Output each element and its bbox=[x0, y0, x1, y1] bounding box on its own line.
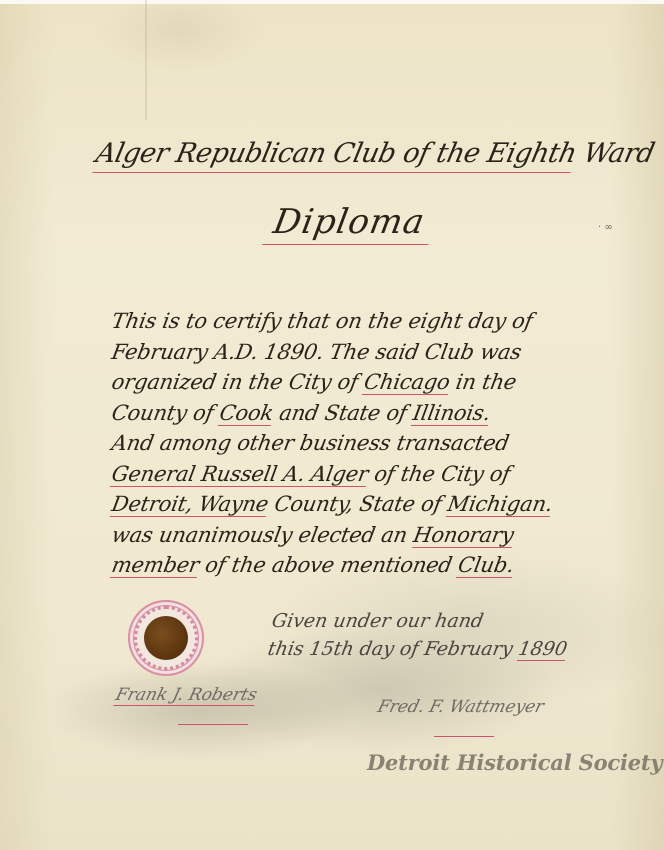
body-line: member of the above mentioned Club. bbox=[109, 550, 554, 581]
underlined-term: Chicago bbox=[362, 370, 452, 395]
underlined-term: Honorary bbox=[411, 523, 515, 548]
watermark-text: Detroit Historical Society bbox=[367, 750, 662, 775]
body-line: February A.D. 1890. The said Club was bbox=[109, 337, 554, 368]
body-text-segment: And among other business transacted bbox=[110, 431, 511, 455]
body-line: Detroit, Wayne County, State of Michigan… bbox=[109, 489, 554, 520]
diploma-heading: Diploma bbox=[262, 202, 436, 245]
body-line: And among other business transacted bbox=[109, 428, 554, 459]
underlined-term: Detroit, Wayne bbox=[110, 492, 271, 517]
body-text-segment: County, State of bbox=[266, 492, 450, 516]
body-text-segment: in the bbox=[448, 370, 519, 394]
body-line: organized in the City of Chicago in the bbox=[109, 367, 554, 398]
body-text-segment: February A.D. 1890. The said Club was bbox=[110, 340, 523, 364]
signature-secretary: Fred. F. Wattmeyer bbox=[376, 697, 546, 717]
body-text-segment: County of bbox=[110, 401, 222, 425]
given-year: 1890 bbox=[517, 638, 569, 661]
paper-top-edge bbox=[0, 0, 664, 4]
body-line: General Russell A. Alger of the City of bbox=[109, 459, 554, 490]
seal-wax-icon bbox=[144, 616, 188, 660]
body-text-segment: and State of bbox=[271, 401, 415, 425]
underlined-term: Illinois. bbox=[411, 401, 492, 426]
signature-president: Frank J. Roberts bbox=[114, 685, 260, 705]
margin-mark: ‧ ∞ bbox=[598, 222, 613, 233]
underlined-term: member bbox=[110, 553, 201, 578]
underlined-term: Club. bbox=[456, 553, 516, 578]
club-title: Alger Republican Club of the Eighth Ward bbox=[92, 138, 577, 173]
underlined-term: Michigan. bbox=[446, 492, 555, 517]
body-line: This is to certify that on the eight day… bbox=[109, 306, 554, 337]
signature-right-title: Secretary bbox=[434, 720, 494, 737]
body-line: County of Cook and State of Illinois. bbox=[109, 398, 554, 429]
underlined-term: General Russell A. Alger bbox=[110, 462, 370, 487]
underlined-term: Cook bbox=[218, 401, 276, 426]
seal-icon bbox=[128, 600, 204, 676]
body-line: was unanimously elected an Honorary bbox=[109, 520, 554, 551]
signature-left-title: President bbox=[178, 708, 248, 725]
given-line-2: this 15th day of February 1890 bbox=[266, 638, 569, 660]
certificate-body: This is to certify that on the eight day… bbox=[112, 306, 552, 581]
body-text-segment: organized in the City of bbox=[110, 370, 367, 394]
body-text-segment: was unanimously elected an bbox=[110, 523, 416, 547]
body-text-segment: This is to certify that on the eight day… bbox=[110, 309, 535, 333]
signature-left-name: Frank J. Roberts bbox=[113, 685, 259, 706]
paper-fold bbox=[145, 0, 147, 120]
body-text-segment: of the above mentioned bbox=[197, 553, 461, 577]
given-line-1: Given under our hand bbox=[270, 610, 485, 632]
given-date-text: this 15th day of February bbox=[266, 638, 521, 660]
body-text-segment: of the City of bbox=[366, 462, 512, 486]
